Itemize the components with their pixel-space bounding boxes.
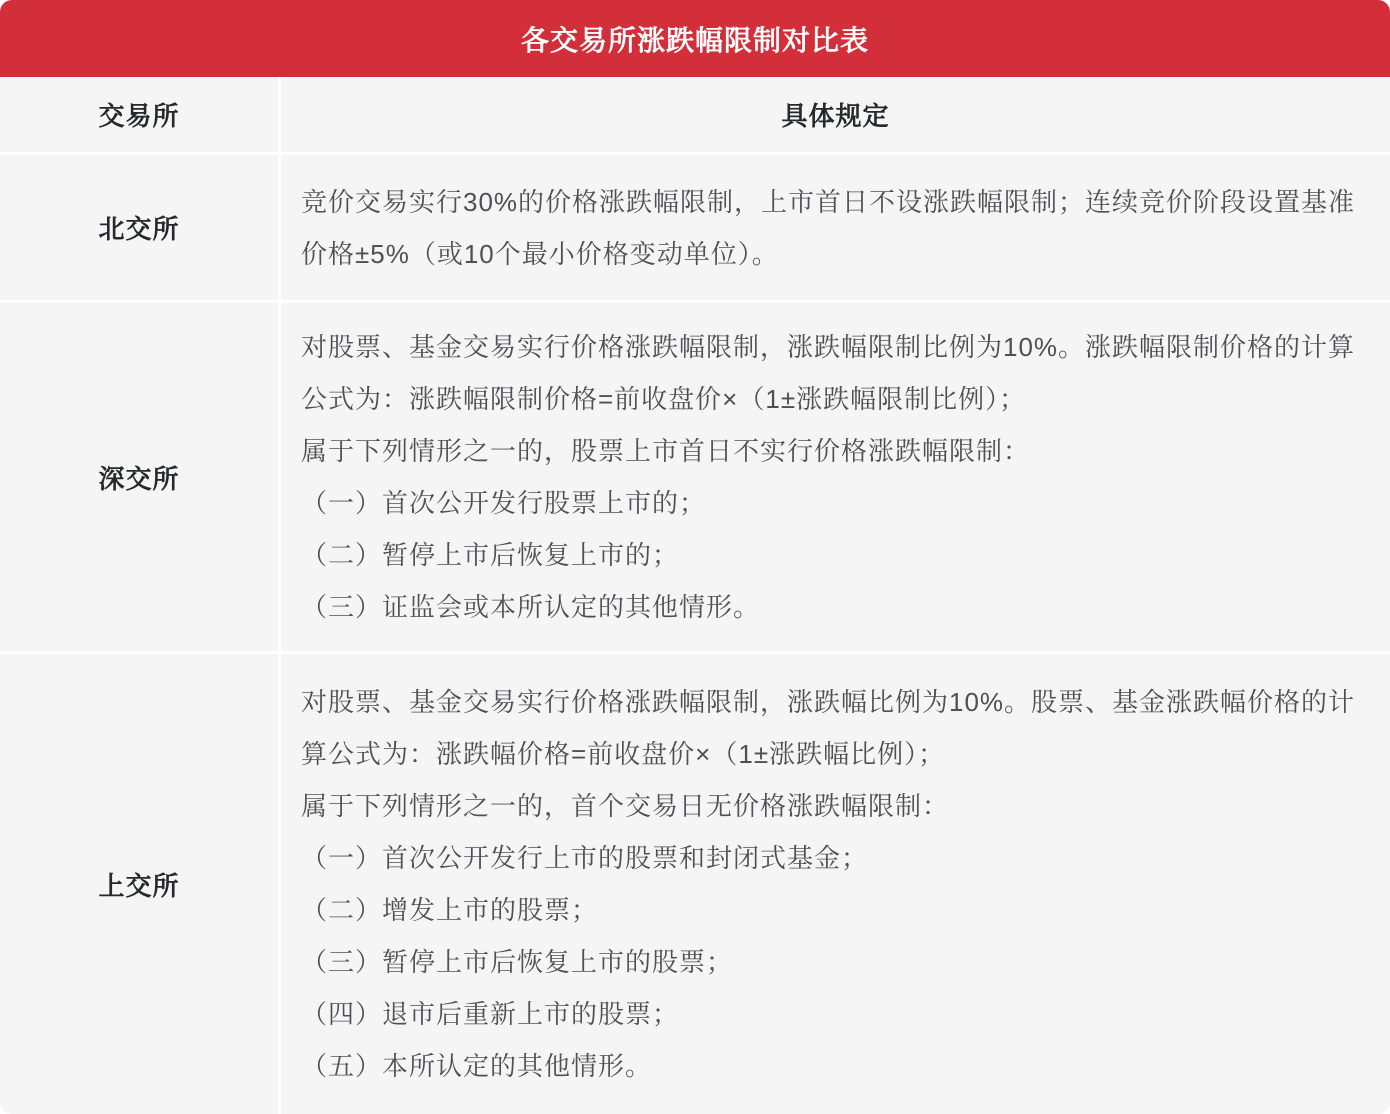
rule-line: （一）首次公开发行上市的股票和封闭式基金； [301, 832, 1366, 884]
rule-line: 价格±5%（或10个最小价格变动单位）。 [301, 228, 1366, 280]
rule-line: （三）暂停上市后恢复上市的股票； [301, 936, 1366, 988]
table-header-row: 交易所 具体规定 [0, 77, 1390, 152]
rules-cell-szse: 对股票、基金交易实行价格涨跌幅限制，涨跌幅限制比例为10%。涨跌幅限制价格的计算… [278, 303, 1390, 651]
table-row-bse: 北交所 竞价交易实行30%的价格涨跌幅限制，上市首日不设涨跌幅限制；连续竞价阶段… [0, 152, 1390, 300]
exchange-name-bse: 北交所 [0, 155, 278, 300]
column-header-exchange: 交易所 [0, 77, 278, 152]
rules-cell-sse: 对股票、基金交易实行价格涨跌幅限制，涨跌幅比例为10%。股票、基金涨跌幅价格的计… [278, 654, 1390, 1114]
table-row-sse: 上交所 对股票、基金交易实行价格涨跌幅限制，涨跌幅比例为10%。股票、基金涨跌幅… [0, 651, 1390, 1114]
column-header-rules: 具体规定 [278, 77, 1390, 152]
rule-line: 对股票、基金交易实行价格涨跌幅限制，涨跌幅限制比例为10%。涨跌幅限制价格的计算 [301, 321, 1366, 373]
rule-line: 对股票、基金交易实行价格涨跌幅限制，涨跌幅比例为10%。股票、基金涨跌幅价格的计 [301, 676, 1366, 728]
price-limit-comparison-table: 各交易所涨跌幅限制对比表 交易所 具体规定 北交所 竞价交易实行30%的价格涨跌… [0, 0, 1390, 1114]
rule-line: （二）增发上市的股票； [301, 884, 1366, 936]
rule-line: 算公式为：涨跌幅价格=前收盘价×（1±涨跌幅比例）； [301, 728, 1366, 780]
table-title-bar: 各交易所涨跌幅限制对比表 [0, 0, 1390, 77]
table-row-szse: 深交所 对股票、基金交易实行价格涨跌幅限制，涨跌幅限制比例为10%。涨跌幅限制价… [0, 300, 1390, 651]
rule-line: 竞价交易实行30%的价格涨跌幅限制，上市首日不设涨跌幅限制；连续竞价阶段设置基准 [301, 176, 1366, 228]
rule-line: （一）首次公开发行股票上市的； [301, 477, 1366, 529]
rule-line: 属于下列情形之一的，股票上市首日不实行价格涨跌幅限制： [301, 425, 1366, 477]
table-title: 各交易所涨跌幅限制对比表 [521, 19, 869, 59]
rules-cell-bse: 竞价交易实行30%的价格涨跌幅限制，上市首日不设涨跌幅限制；连续竞价阶段设置基准… [278, 155, 1390, 300]
rule-line: （五）本所认定的其他情形。 [301, 1040, 1366, 1092]
rule-line: （四）退市后重新上市的股票； [301, 988, 1366, 1040]
exchange-name-sse: 上交所 [0, 654, 278, 1114]
rule-line: 属于下列情形之一的，首个交易日无价格涨跌幅限制： [301, 780, 1366, 832]
exchange-name-szse: 深交所 [0, 303, 278, 651]
rule-line: 公式为：涨跌幅限制价格=前收盘价×（1±涨跌幅限制比例）； [301, 373, 1366, 425]
rule-line: （二）暂停上市后恢复上市的； [301, 529, 1366, 581]
rule-line: （三）证监会或本所认定的其他情形。 [301, 581, 1366, 633]
